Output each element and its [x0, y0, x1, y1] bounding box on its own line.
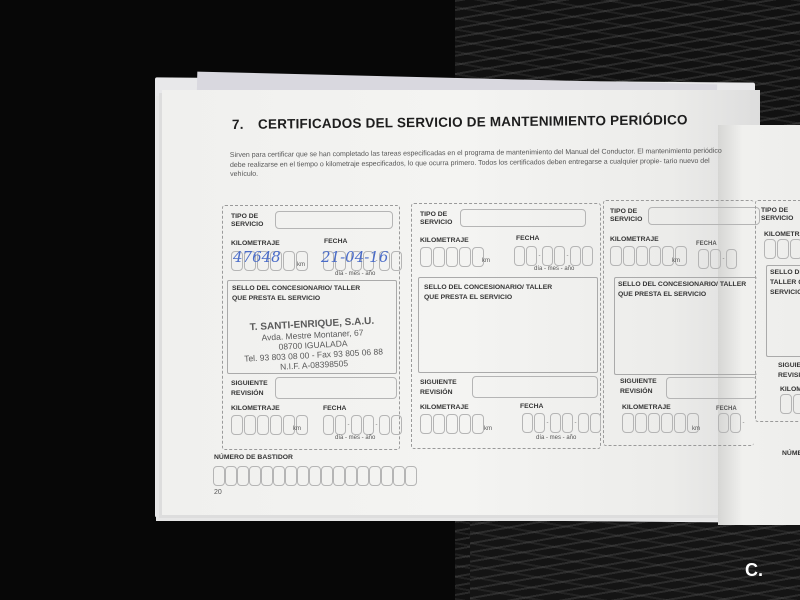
certificate-card-right-page: TIPO DE SERVICIO KILOMETRAJE SELLO DEL C…: [755, 200, 800, 422]
siguiente-revision-label: SIGUIENTE REVISIÓN: [231, 379, 271, 399]
sello-label: SELLO DEL CONCESIONARIO/ TALLER QUE PRES…: [424, 283, 564, 303]
siguiente-revision-label: SIGUIENTE REVISIÓN: [420, 378, 460, 398]
km-unit: km: [482, 258, 490, 264]
siguiente-revision-label: SIGUIENTE REVISIÓN: [778, 361, 800, 381]
fecha-format: día - mes - año: [335, 271, 375, 277]
sello-label: SELLO DEL CONCESIONARIO/ TALLER QUE PRES…: [618, 280, 758, 300]
section-number: 7.: [232, 117, 258, 132]
km-unit: km: [672, 258, 680, 264]
siguiente-revision-field[interactable]: [472, 376, 598, 398]
kilometraje-label: KILOMETRAJE: [420, 237, 469, 245]
fecha-label-2: FECHA: [520, 403, 543, 411]
tipo-servicio-label: TIPO DE SERVICIO: [761, 207, 800, 223]
background-fabric-bottom: [470, 515, 800, 600]
kilometraje-cells-2[interactable]: [780, 394, 800, 414]
sello-label: SELLO DEL CONCESIONARIO/ TALLER QUE PRES…: [770, 268, 800, 298]
kilometraje-label: KILOMETRAJE: [231, 240, 280, 248]
page-number: 20: [214, 489, 222, 496]
kilometraje-label: KILOMETRAJE: [764, 231, 800, 239]
fecha-label: FECHA: [324, 238, 347, 246]
km-unit-2: km: [293, 426, 301, 432]
fecha-cells[interactable]: --: [514, 246, 593, 266]
watermark-logo: C.: [745, 560, 763, 581]
intro-text: Sirven para certificar que se han comple…: [230, 147, 730, 180]
kilometraje-cells-2[interactable]: [420, 414, 484, 434]
fecha-cells[interactable]: -: [698, 249, 737, 269]
kilometraje-label-2: KILOMETRAJE: [231, 405, 280, 413]
fecha-cells-2[interactable]: --: [323, 415, 402, 435]
siguiente-revision-field[interactable]: [666, 377, 757, 399]
numero-bastidor-label: NÚMERO DE BASTIDOR: [214, 454, 293, 462]
fecha-label-2: FECHA: [716, 406, 737, 412]
kilometraje-cells-2[interactable]: [231, 415, 308, 435]
tipo-servicio-label: TIPO DE SERVICIO: [231, 213, 271, 229]
tipo-servicio-field[interactable]: [275, 211, 393, 229]
fecha-label-2: FECHA: [323, 405, 346, 413]
siguiente-revision-label: SIGUIENTE REVISIÓN: [620, 377, 660, 397]
certificate-card-3: TIPO DE SERVICIO KILOMETRAJE FECHA km - …: [603, 200, 754, 446]
handwritten-kilometraje: 47648: [233, 248, 281, 266]
tipo-servicio-label: TIPO DE SERVICIO: [420, 211, 460, 227]
fecha-format: día - mes - año: [534, 266, 574, 272]
siguiente-revision-field[interactable]: [275, 377, 397, 399]
fecha-format-2: día - mes - año: [335, 435, 375, 441]
tipo-servicio-label: TIPO DE SERVICIO: [610, 208, 650, 224]
numero-bastidor-cells[interactable]: [213, 466, 417, 486]
km-unit-2: km: [692, 426, 700, 432]
kilometraje-label-2: KILOMETRAJE: [780, 386, 800, 394]
handwritten-fecha: 21-04-16: [321, 248, 388, 266]
fecha-label: FECHA: [516, 235, 539, 243]
fecha-cells-2[interactable]: -: [718, 413, 745, 433]
kilometraje-label-2: KILOMETRAJE: [622, 404, 671, 412]
kilometraje-cells[interactable]: [764, 239, 800, 259]
numero-bastidor-label-right: NÚMERO DE BASTIDOR: [782, 450, 800, 458]
tipo-servicio-field[interactable]: [460, 209, 586, 227]
certificate-card-1: TIPO DE SERVICIO KILOMETRAJE FECHA km --…: [222, 205, 400, 450]
km-unit: km: [297, 262, 305, 268]
fecha-format-2: día - mes - año: [536, 435, 576, 441]
tipo-servicio-field[interactable]: [648, 207, 760, 225]
certificate-card-2: TIPO DE SERVICIO KILOMETRAJE FECHA km --…: [411, 203, 601, 449]
kilometraje-cells-2[interactable]: [622, 413, 699, 433]
kilometraje-cells[interactable]: [420, 247, 484, 267]
sello-label: SELLO DEL CONCESIONARIO/ TALLER QUE PRES…: [232, 284, 372, 304]
dealer-stamp: T. SANTI-ENRIQUE, S.A.U. Avda. Mestre Mo…: [232, 315, 394, 374]
km-unit-2: km: [484, 426, 492, 432]
fecha-cells-2[interactable]: --: [522, 413, 601, 433]
fecha-label: FECHA: [696, 241, 717, 247]
kilometraje-label: KILOMETRAJE: [610, 236, 659, 244]
kilometraje-label-2: KILOMETRAJE: [420, 404, 469, 412]
